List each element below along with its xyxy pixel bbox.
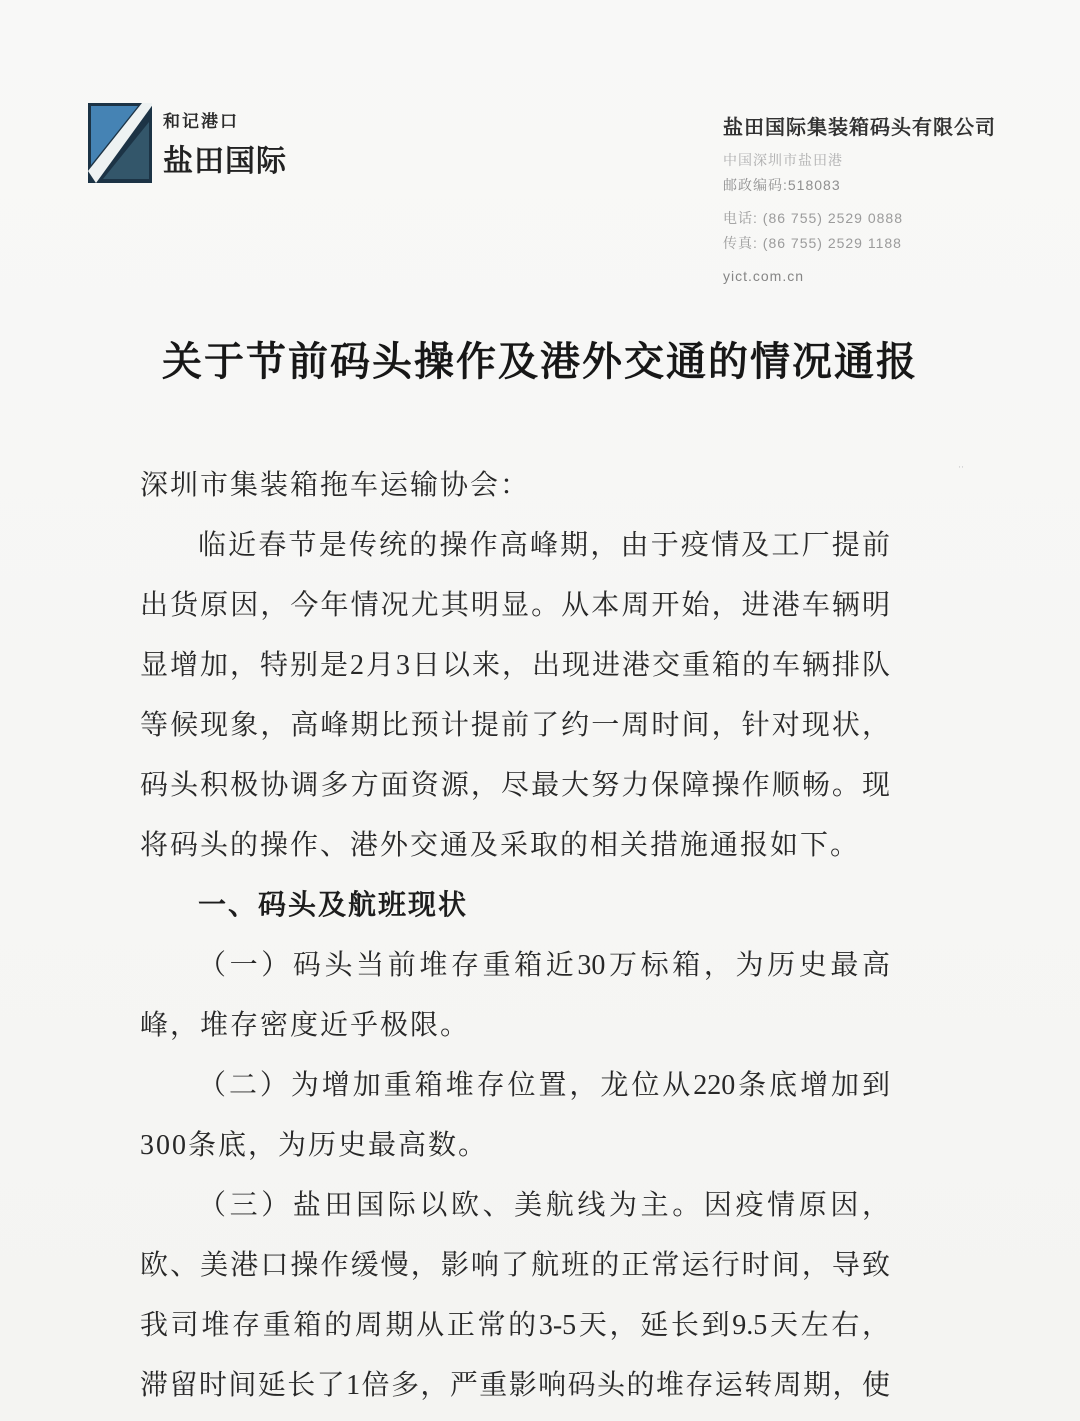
document-line: 临近春节是传统的操作高峰期，由于疫情及工厂提前 <box>140 516 890 576</box>
document-line: 我司堆存重箱的周期从正常的3-5天，延长到9.5天左右， <box>140 1296 890 1356</box>
scan-artifact: ·· <box>958 462 968 472</box>
document-line: 将码头的操作、港外交通及采取的相关措施通报如下。 <box>140 816 890 876</box>
document-line: 欧、美港口操作缓慢，影响了航班的正常运行时间，导致 <box>140 1236 890 1296</box>
document-line: 等候现象，高峰期比预计提前了约一周时间，针对现状， <box>140 696 890 756</box>
document-line: 显增加，特别是2月3日以来，出现进港交重箱的车辆排队 <box>140 636 890 696</box>
scanned-document-page: 和记港口 盐田国际 盐田国际集装箱码头有限公司 中国深圳市盐田港 邮政编码:51… <box>0 0 1080 1421</box>
logo-wordmark: 和记港口 盐田国际 <box>163 107 287 180</box>
document-line: （二）为增加重箱堆存位置，龙位从220条底增加到 <box>140 1056 890 1116</box>
document-line: 出货原因，今年情况尤其明显。从本周开始，进港车辆明 <box>140 576 890 636</box>
document-line: 300条底，为历史最高数。 <box>140 1116 890 1176</box>
letterhead-contact-block: 盐田国际集装箱码头有限公司 中国深圳市盐田港 邮政编码:518083 电话: (… <box>723 111 996 284</box>
document-line: 一、码头及航班现状 <box>140 876 890 936</box>
logo-square-icon <box>88 103 152 183</box>
document-line: 峰，堆存密度近乎极限。 <box>140 996 890 1056</box>
company-postcode: 邮政编码:518083 <box>723 175 996 195</box>
brand-group-name: 和记港口 <box>163 107 287 132</box>
document-line: （三）盐田国际以欧、美航线为主。因疫情原因， <box>140 1176 890 1236</box>
company-full-name: 盐田国际集装箱码头有限公司 <box>723 111 996 140</box>
company-website: yict.com.cn <box>723 268 996 284</box>
document-line: 深圳市集装箱拖车运输协会： <box>140 456 890 516</box>
document-body: 深圳市集装箱拖车运输协会：临近春节是传统的操作高峰期，由于疫情及工厂提前出货原因… <box>140 456 890 1416</box>
brand-company-name: 盐田国际 <box>163 136 287 180</box>
company-phone: 电话: (86 755) 2529 0888 <box>723 208 996 228</box>
document-line: （一）码头当前堆存重箱近30万标箱，为历史最高 <box>140 936 890 996</box>
document-title: 关于节前码头操作及港外交通的情况通报 <box>0 330 1080 387</box>
company-fax: 传真: (86 755) 2529 1188 <box>723 233 996 253</box>
document-line: 滞留时间延长了1倍多，严重影响码头的堆存运转周期，使 <box>140 1356 890 1416</box>
yantian-logo-icon <box>88 103 152 183</box>
company-address: 中国深圳市盐田港 <box>723 150 996 170</box>
document-line: 码头积极协调多方面资源，尽最大努力保障操作顺畅。现 <box>140 756 890 816</box>
